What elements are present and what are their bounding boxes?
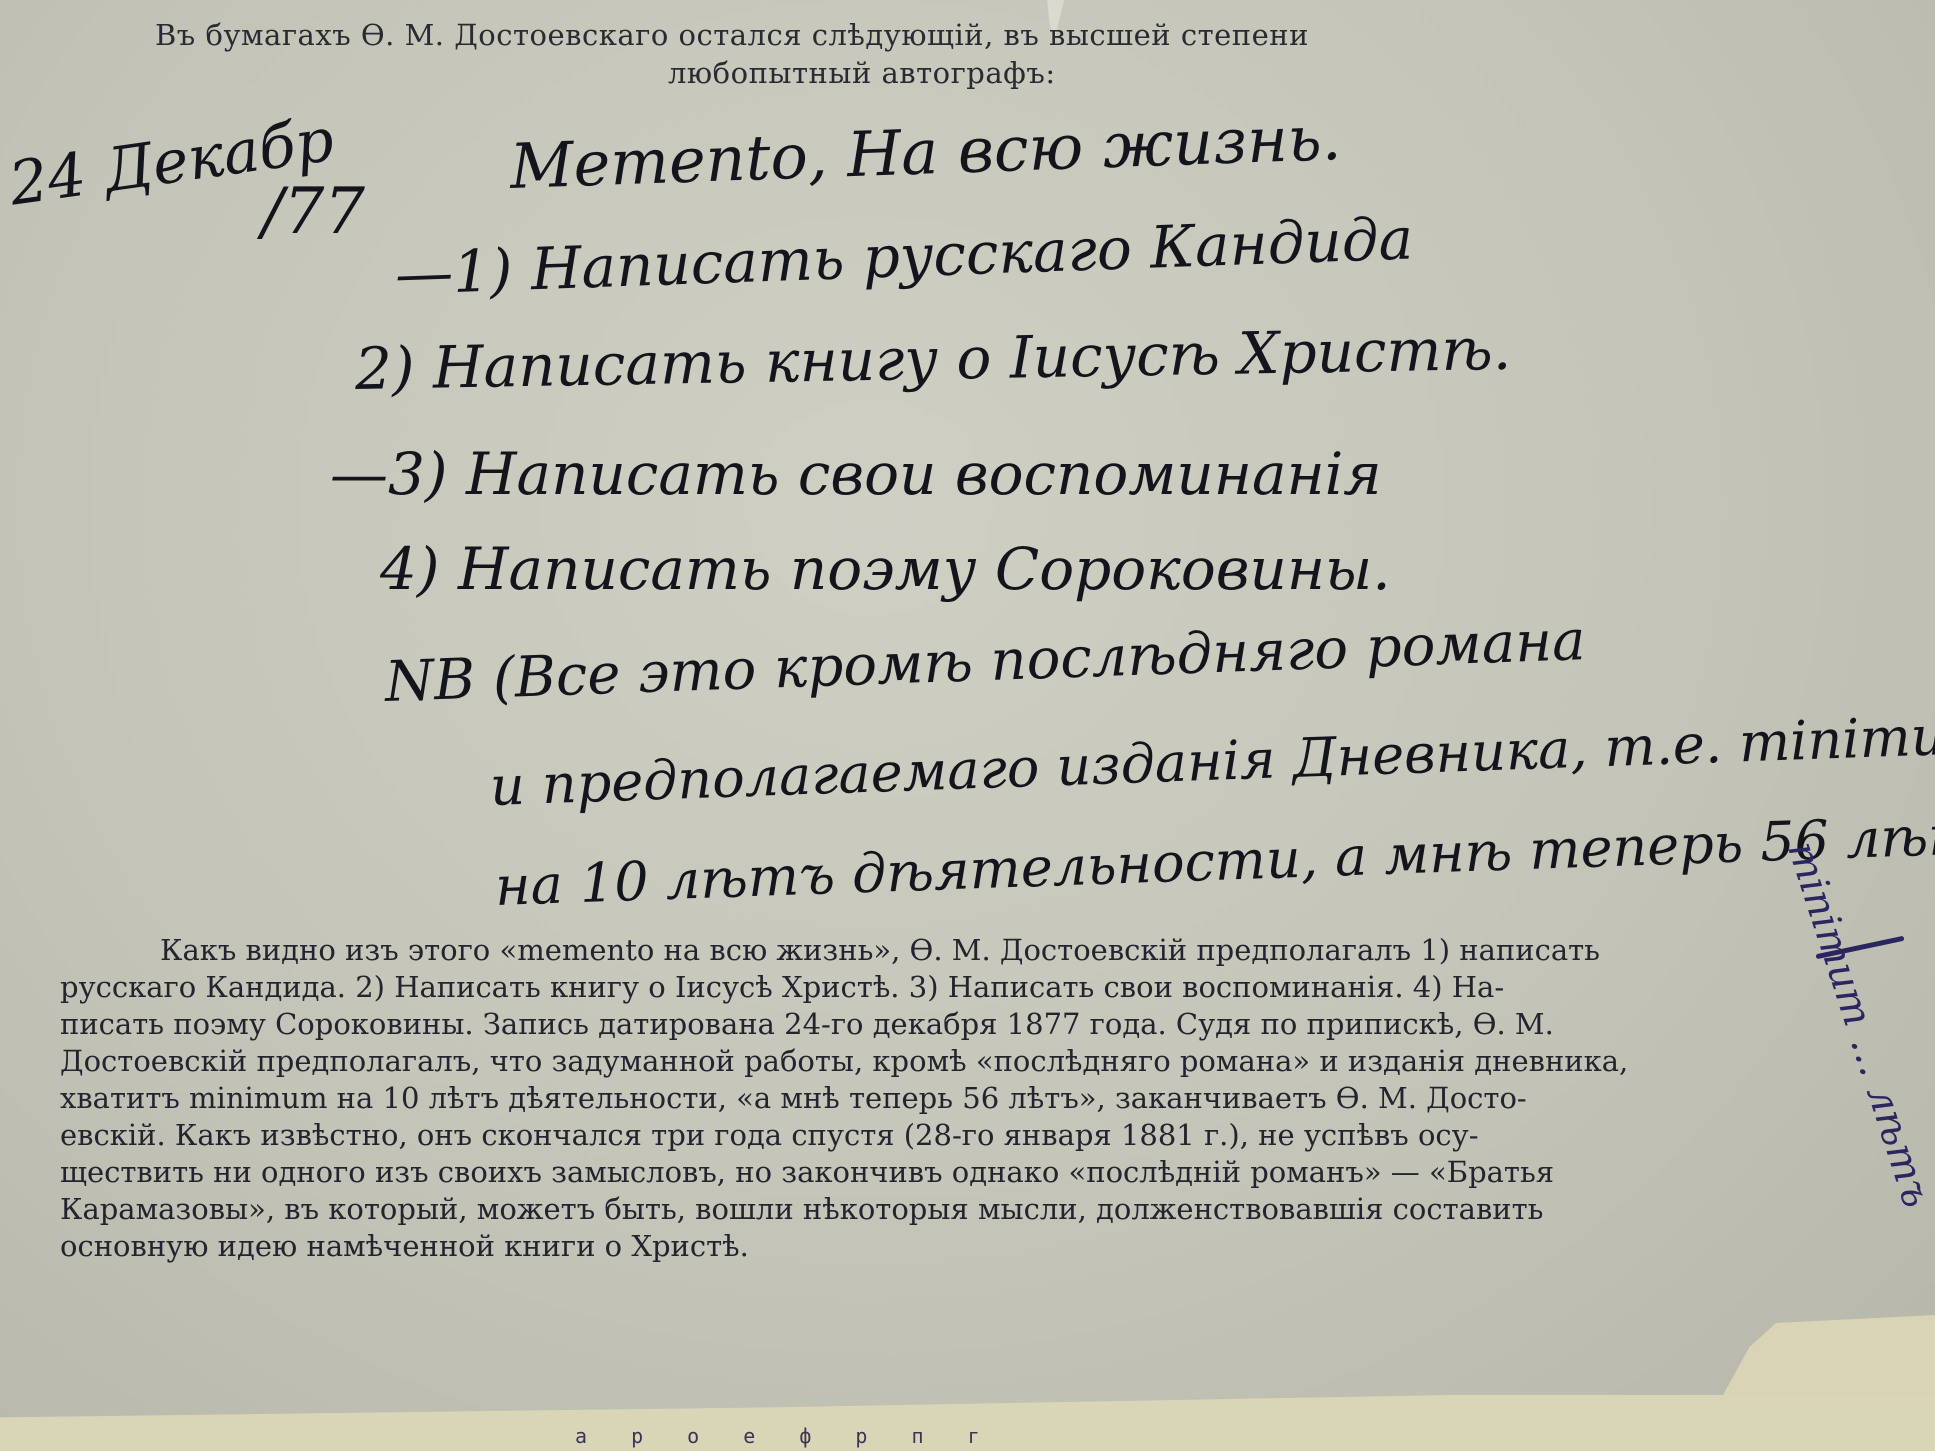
manuscript-note-line-2: и предполагаемаго изданія Дневника, т.е.… [489,702,1935,818]
torn-cover-edge [1670,1315,1935,1395]
manuscript-note-line-1: NB (Все это кромѣ послѣдняго романа [384,608,1587,715]
paragraph-line-2: русскаго Кандида. 2) Написать книгу о Іи… [60,969,1504,1006]
manuscript-note-line-3: на 10 лѣтъ дѣятельности, а мнѣ теперь 56… [494,801,1935,918]
manuscript-item-3: —3) Написать свои воспоминанія [330,440,1382,508]
paragraph-line-7: ществить ни одного изъ своихъ замысловъ,… [60,1154,1554,1191]
manuscript-margin-note: minimum … лѣтъ [1778,836,1935,1213]
heading-line-2: любопытный автографъ: [668,56,1056,90]
paragraph-line-9: основную идею намѣченной книги о Христѣ. [60,1228,749,1265]
manuscript-item-4: 4) Написать поэму Сороковины. [380,535,1391,603]
manuscript-item-1: —1) Написать русскаго Кандида [394,204,1414,308]
paragraph-line-4: Достоевскій предполагалъ, что задуманной… [60,1043,1628,1080]
paragraph-line-1: Какъ видно изъ этого «memento на всю жиз… [160,932,1600,969]
paragraph-line-5: хватитъ minimum на 10 лѣтъ дѣятельности,… [60,1080,1527,1117]
spine-text: а р о е ф р п г [575,1424,996,1448]
manuscript-title: Memento, На всю жизнь. [509,101,1343,203]
paragraph-line-3: писать поэму Сороковины. Запись датирова… [60,1006,1554,1043]
paragraph-line-8: Карамазовы», въ который, можетъ быть, во… [60,1191,1543,1228]
paragraph-line-6: евскій. Какъ извѣстно, онъ скончался три… [60,1117,1479,1154]
manuscript-year: /77 [262,175,365,249]
manuscript-item-2: 2) Написать книгу о Іисусѣ Христѣ. [354,315,1511,403]
heading-line-1: Въ бумагахъ Ѳ. М. Достоевскаго остался с… [155,18,1309,52]
book-page: Въ бумагахъ Ѳ. М. Достоевскаго остался с… [0,0,1935,1451]
